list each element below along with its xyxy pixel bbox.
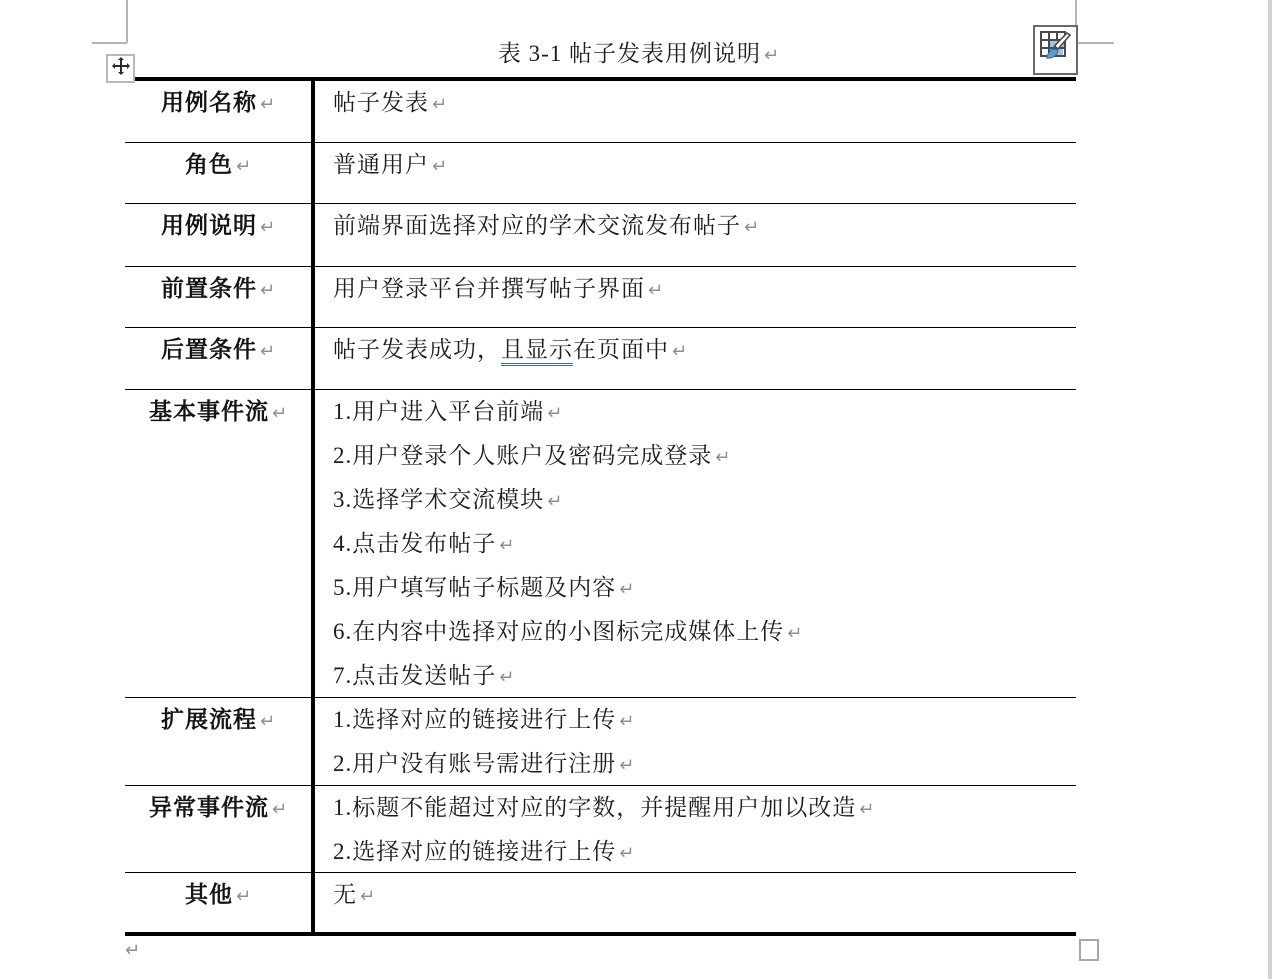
end-of-line-mark: ↵ — [619, 755, 634, 776]
text-segment: 1.用户进入平台前端 — [333, 399, 544, 424]
text-segment: 3.选择学术交流模块 — [333, 487, 544, 512]
end-of-line-mark: ↵ — [787, 623, 802, 644]
text-segment: 7.点击发送帖子 — [333, 663, 496, 688]
row-label-cell[interactable]: 基本事件流↵ — [125, 390, 311, 697]
text-segment: 1.选择对应的链接进行上传 — [333, 707, 616, 732]
end-of-line-mark: ↵ — [744, 217, 759, 238]
row-label-cell[interactable]: 用例说明↵ — [125, 204, 311, 266]
end-of-cell-mark: ↵ — [260, 280, 275, 301]
table-row: 扩展流程↵1.选择对应的链接进行上传↵2.用户没有账号需进行注册↵ — [125, 698, 1076, 786]
text-segment: 普通用户 — [333, 152, 429, 177]
crop-mark-top-left-horizontal — [92, 42, 127, 44]
text-segment: 前端界面选择对应的学术交流发布帖子 — [333, 213, 741, 238]
table-row: 用例名称↵帖子发表↵ — [125, 81, 1076, 143]
row-label-text: 扩展流程 — [161, 707, 257, 732]
end-of-line-mark: ↵ — [547, 403, 562, 424]
row-label-text: 用例名称 — [161, 90, 257, 115]
row-label-text: 异常事件流 — [149, 795, 269, 820]
row-content-cell[interactable]: 用户登录平台并撰写帖子界面↵ — [315, 267, 1076, 327]
text-line[interactable]: 3.选择学术交流模块↵ — [333, 478, 1076, 522]
crop-mark-top-left-vertical — [126, 0, 128, 43]
pilcrow-mark: ↵ — [125, 940, 140, 961]
text-segment: 1.标题不能超过对应的字数，并提醒用户加以改造 — [333, 795, 856, 820]
row-label-text: 其他 — [185, 882, 233, 907]
end-of-line-mark: ↵ — [648, 280, 663, 301]
end-of-line-mark: ↵ — [619, 579, 634, 600]
text-line[interactable]: 帖子发表↵ — [333, 81, 1076, 125]
text-line[interactable]: 6.在内容中选择对应的小图标完成媒体上传↵ — [333, 610, 1076, 654]
text-line[interactable]: 2.用户没有账号需进行注册↵ — [333, 742, 1076, 785]
text-segment: 在页面中 — [573, 337, 669, 362]
text-line[interactable]: 2.用户登录个人账户及密码完成登录↵ — [333, 434, 1076, 478]
end-of-line-mark: ↵ — [432, 156, 447, 177]
text-segment: 6.在内容中选择对应的小图标完成媒体上传 — [333, 619, 784, 644]
row-label-cell[interactable]: 其他↵ — [125, 873, 311, 932]
row-content-cell[interactable]: 普通用户↵ — [315, 143, 1076, 203]
text-line[interactable]: 1.选择对应的链接进行上传↵ — [333, 698, 1076, 742]
end-of-line-mark: ↵ — [547, 491, 562, 512]
end-of-line-mark: ↵ — [859, 799, 874, 820]
text-line[interactable]: 普通用户↵ — [333, 143, 1076, 187]
text-segment: 2.用户登录个人账户及密码完成登录 — [333, 443, 712, 468]
text-line[interactable]: 1.标题不能超过对应的字数，并提醒用户加以改造↵ — [333, 786, 1076, 830]
end-of-cell-mark: ↵ — [260, 94, 275, 115]
end-of-line-mark: ↵ — [619, 711, 634, 732]
table-caption-text: 表 3-1 帖子发表用例说明 — [498, 41, 761, 66]
text-segment: 用户登录平台并撰写帖子界面 — [333, 276, 645, 301]
text-segment: 帖子发表成功， — [333, 337, 501, 362]
table-resize-handle[interactable] — [1079, 939, 1099, 961]
row-label-text: 用例说明 — [161, 213, 257, 238]
table-row: 后置条件↵帖子发表成功，且显示在页面中↵ — [125, 328, 1076, 390]
pilcrow-mark: ↵ — [764, 45, 779, 66]
table-row: 基本事件流↵1.用户进入平台前端↵2.用户登录个人账户及密码完成登录↵3.选择学… — [125, 390, 1076, 698]
end-of-line-mark: ↵ — [499, 535, 514, 556]
table-caption[interactable]: 表 3-1 帖子发表用例说明↵ — [163, 38, 1114, 70]
end-of-line-mark: ↵ — [715, 447, 730, 468]
text-segment: 帖子发表 — [333, 90, 429, 115]
text-line[interactable]: 2.选择对应的链接进行上传↵ — [333, 830, 1076, 872]
text-line[interactable]: 4.点击发布帖子↵ — [333, 522, 1076, 566]
end-of-cell-mark: ↵ — [260, 217, 275, 238]
end-of-cell-mark: ↵ — [260, 711, 275, 732]
table-row: 前置条件↵用户登录平台并撰写帖子界面↵ — [125, 267, 1076, 328]
row-label-cell[interactable]: 扩展流程↵ — [125, 698, 311, 785]
grammar-underlined-text: 且显示 — [501, 337, 573, 366]
row-content-cell[interactable]: 1.选择对应的链接进行上传↵2.用户没有账号需进行注册↵ — [315, 698, 1076, 785]
text-line[interactable]: 7.点击发送帖子↵ — [333, 654, 1076, 697]
row-content-cell[interactable]: 帖子发表成功，且显示在页面中↵ — [315, 328, 1076, 389]
text-line[interactable]: 1.用户进入平台前端↵ — [333, 390, 1076, 434]
row-label-cell[interactable]: 用例名称↵ — [125, 81, 311, 142]
table-row: 其他↵无↵ — [125, 873, 1076, 932]
text-line[interactable]: 用户登录平台并撰写帖子界面↵ — [333, 267, 1076, 311]
end-of-line-mark: ↵ — [432, 94, 447, 115]
end-of-line-mark: ↵ — [672, 341, 687, 362]
row-label-text: 基本事件流 — [149, 399, 269, 424]
row-content-cell[interactable]: 帖子发表↵ — [315, 81, 1076, 142]
table-row: 异常事件流↵1.标题不能超过对应的字数，并提醒用户加以改造↵2.选择对应的链接进… — [125, 786, 1076, 873]
move-cross-icon — [112, 57, 130, 80]
end-of-line-mark: ↵ — [619, 843, 634, 864]
paragraph-after-table[interactable]: ↵ — [122, 936, 140, 962]
end-of-cell-mark: ↵ — [236, 156, 251, 177]
text-segment: 5.用户填写帖子标题及内容 — [333, 575, 616, 600]
row-label-text: 后置条件 — [161, 337, 257, 362]
text-segment: 4.点击发布帖子 — [333, 531, 496, 556]
text-line[interactable]: 前端界面选择对应的学术交流发布帖子↵ — [333, 204, 1076, 248]
page-right-edge — [1268, 0, 1272, 979]
end-of-line-mark: ↵ — [360, 886, 375, 907]
row-label-cell[interactable]: 前置条件↵ — [125, 267, 311, 327]
row-label-cell[interactable]: 角色↵ — [125, 143, 311, 203]
text-segment: 2.用户没有账号需进行注册 — [333, 751, 616, 776]
text-segment: 无 — [333, 882, 357, 907]
row-content-cell[interactable]: 1.用户进入平台前端↵2.用户登录个人账户及密码完成登录↵3.选择学术交流模块↵… — [315, 390, 1076, 697]
end-of-cell-mark: ↵ — [236, 886, 251, 907]
row-content-cell[interactable]: 1.标题不能超过对应的字数，并提醒用户加以改造↵2.选择对应的链接进行上传↵ — [315, 786, 1076, 872]
usecase-table: 用例名称↵帖子发表↵角色↵普通用户↵用例说明↵前端界面选择对应的学术交流发布帖子… — [125, 77, 1076, 936]
crop-mark-top-right-vertical — [1075, 0, 1077, 26]
end-of-cell-mark: ↵ — [272, 799, 287, 820]
table-row: 用例说明↵前端界面选择对应的学术交流发布帖子↵ — [125, 204, 1076, 267]
table-brush-icon — [1040, 31, 1072, 70]
row-label-text: 角色 — [185, 152, 233, 177]
text-line[interactable]: 帖子发表成功，且显示在页面中↵ — [333, 328, 1076, 372]
text-line[interactable]: 无↵ — [333, 873, 1076, 917]
table-move-handle[interactable] — [106, 54, 135, 83]
row-label-cell[interactable]: 后置条件↵ — [125, 328, 311, 389]
end-of-line-mark: ↵ — [499, 667, 514, 688]
row-label-cell[interactable]: 异常事件流↵ — [125, 786, 311, 872]
table-styles-button[interactable] — [1033, 25, 1078, 75]
table-row: 角色↵普通用户↵ — [125, 143, 1076, 204]
end-of-cell-mark: ↵ — [260, 341, 275, 362]
row-content-cell[interactable]: 前端界面选择对应的学术交流发布帖子↵ — [315, 204, 1076, 266]
text-line[interactable]: 5.用户填写帖子标题及内容↵ — [333, 566, 1076, 610]
row-label-text: 前置条件 — [161, 276, 257, 301]
text-segment: 2.选择对应的链接进行上传 — [333, 839, 616, 864]
end-of-cell-mark: ↵ — [272, 403, 287, 424]
row-content-cell[interactable]: 无↵ — [315, 873, 1076, 932]
